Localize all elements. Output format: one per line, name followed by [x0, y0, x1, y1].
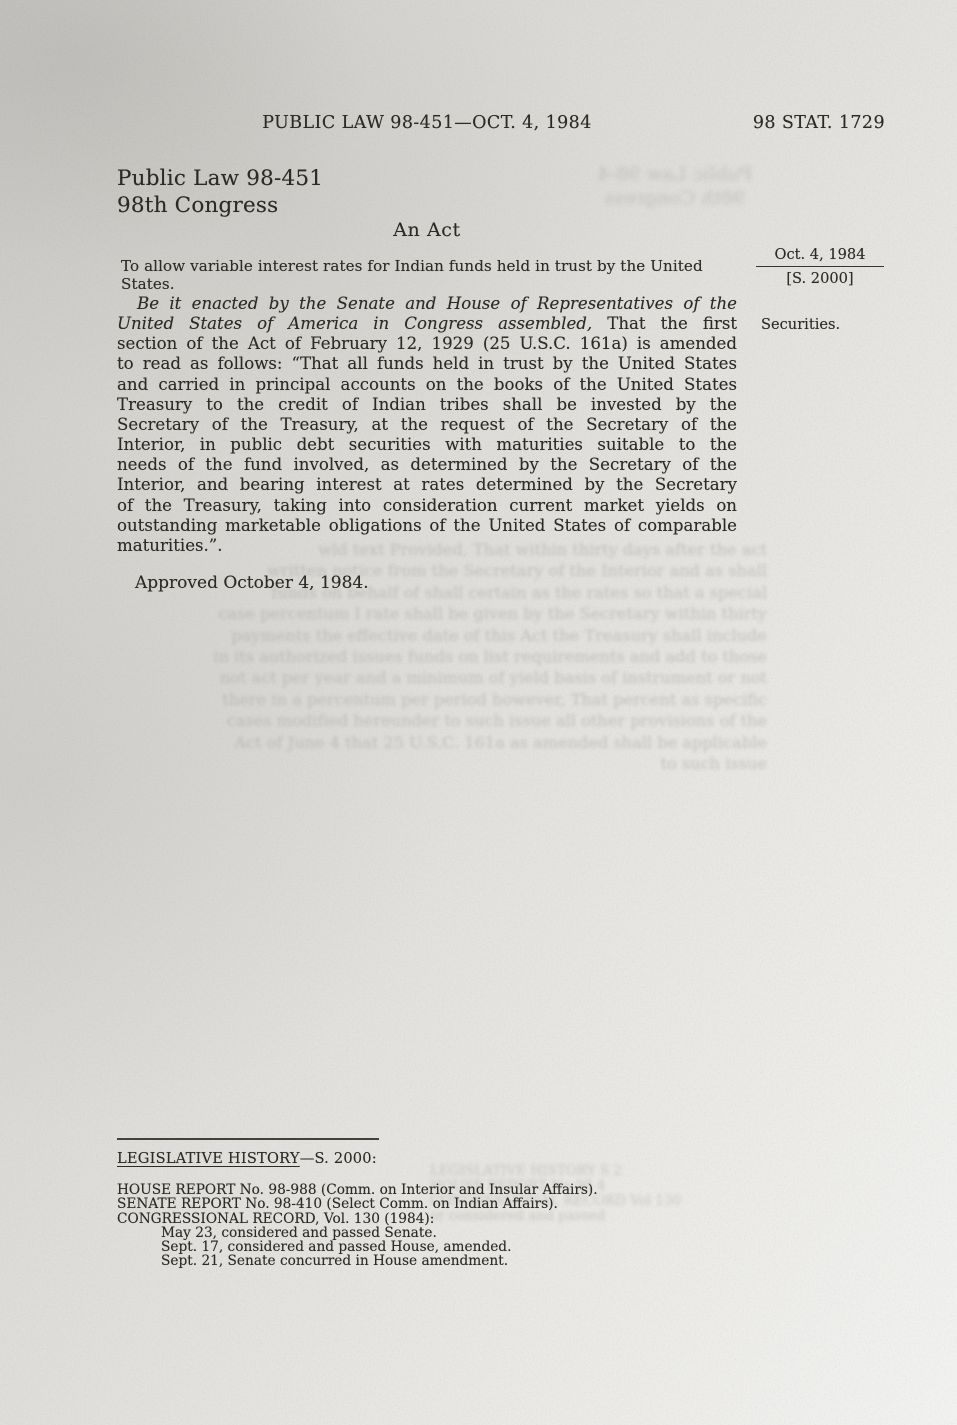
law-heading: Public Law 98-451 98th Congress [117, 166, 323, 219]
margin-date-block: Oct. 4, 1984 [S. 2000] [756, 246, 884, 287]
statute-page-number: 98 STAT. 1729 [753, 113, 885, 133]
body-line: to read as follows: “That all funds held… [117, 354, 737, 374]
margin-note-securities: Securities. [761, 316, 840, 333]
body-line: Be it enacted by the Senate and House of… [117, 294, 737, 314]
act-title: An Act [117, 219, 737, 241]
history-entry: CONGRESSIONAL RECORD, Vol. 130 (1984): [117, 1212, 757, 1226]
congress-number: 98th Congress [117, 193, 323, 220]
legislative-history-bill: —S. 2000: [300, 1150, 377, 1167]
history-entry: HOUSE REPORT No. 98-988 (Comm. on Interi… [117, 1183, 757, 1197]
body-line: United States of America in Congress ass… [117, 314, 737, 334]
record-item: May 23, considered and passed Senate. [117, 1226, 757, 1240]
bleedthrough-heading: Public Law 98-4 98th Congress [575, 162, 775, 210]
record-item: Sept. 17, considered and passed House, a… [117, 1240, 757, 1254]
law-number: Public Law 98-451 [117, 166, 323, 193]
record-item: Sept. 21, Senate concurred in House amen… [117, 1254, 757, 1268]
body-line: Secretary of the Treasury, at the reques… [117, 415, 737, 435]
body-line: of the Treasury, taking into considerati… [117, 496, 737, 516]
legislative-history-rule [117, 1138, 379, 1140]
running-head: PUBLIC LAW 98-451—OCT. 4, 1984 [117, 113, 737, 133]
scanned-law-page: Public Law 98-4 98th Congress wld text P… [0, 0, 957, 1425]
act-summary: To allow variable interest rates for Ind… [121, 257, 741, 293]
approval-line: Approved October 4, 1984. [135, 573, 369, 593]
body-line: Interior, and bearing interest at rates … [117, 475, 737, 495]
body-line: Interior, in public debt securities with… [117, 435, 737, 455]
history-entry: SENATE REPORT No. 98-410 (Select Comm. o… [117, 1197, 757, 1211]
legislative-history-list: HOUSE REPORT No. 98-988 (Comm. on Interi… [117, 1183, 757, 1269]
body-line: Treasury to the credit of Indian tribes … [117, 395, 737, 415]
body-line: section of the Act of February 12, 1929 … [117, 334, 737, 354]
body-paragraph: Be it enacted by the Senate and House of… [117, 294, 737, 556]
enacting-clause-end: United States of America in Congress ass… [117, 314, 592, 333]
body-line-fragment: That the first [607, 314, 737, 333]
margin-date: Oct. 4, 1984 [756, 246, 884, 267]
legislative-history-heading: LEGISLATIVE HISTORY—S. 2000: [117, 1150, 377, 1167]
body-line: needs of the fund involved, as determine… [117, 455, 737, 475]
margin-bill-number: [S. 2000] [756, 267, 884, 287]
legislative-history-label: LEGISLATIVE HISTORY [117, 1150, 300, 1167]
body-line: outstanding marketable obligations of th… [117, 516, 737, 536]
body-line: maturities.”. [117, 536, 737, 556]
body-line: and carried in principal accounts on the… [117, 375, 737, 395]
